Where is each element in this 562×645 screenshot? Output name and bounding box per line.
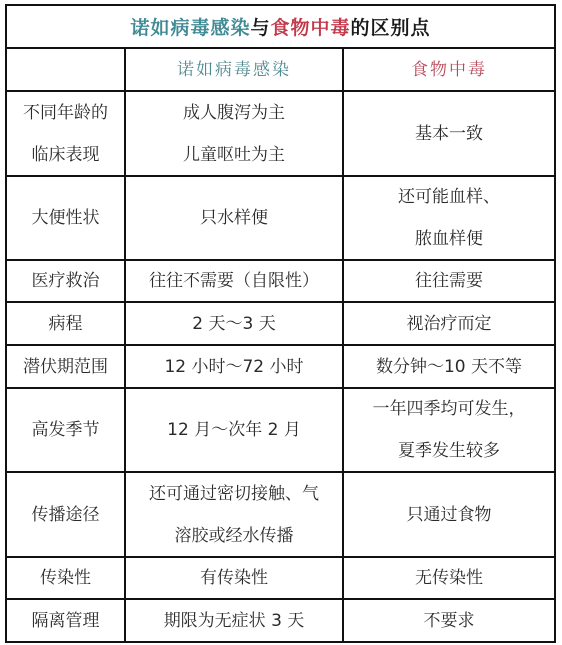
table-row: 医疗救治 往往不需要（自限性） 往往需要 — [7, 261, 554, 303]
row-label: 病程 — [7, 303, 126, 344]
row-label: 大便性状 — [7, 177, 126, 259]
virus-cell: 12 小时～72 小时 — [126, 346, 344, 387]
header-row: 诺如病毒感染 食物中毒 — [7, 49, 554, 92]
virus-cell: 成人腹泻为主 儿童呕吐为主 — [126, 92, 344, 175]
table-row: 潜伏期范围 12 小时～72 小时 数分钟～10 天不等 — [7, 346, 554, 389]
table-row: 不同年龄的 临床表现 成人腹泻为主 儿童呕吐为主 基本一致 — [7, 92, 554, 177]
row-label: 高发季节 — [7, 389, 126, 471]
row-label: 潜伏期范围 — [7, 346, 126, 387]
row-label: 传染性 — [7, 558, 126, 598]
title-food: 食物中毒 — [271, 13, 351, 40]
title-rest: 的区别点 — [351, 13, 431, 40]
virus-cell: 12 月～次年 2 月 — [126, 389, 344, 471]
row-label: 医疗救治 — [7, 261, 126, 301]
virus-cell: 期限为无症状 3 天 — [126, 600, 344, 641]
virus-cell: 只水样便 — [126, 177, 344, 259]
food-cell: 一年四季均可发生， 夏季发生较多 — [344, 389, 554, 471]
food-cell: 数分钟～10 天不等 — [344, 346, 554, 387]
food-cell: 只通过食物 — [344, 473, 554, 556]
table-row: 病程 2 天～3 天 视治疗而定 — [7, 303, 554, 346]
table-row: 传播途径 还可通过密切接触、气 溶胶或经水传播 只通过食物 — [7, 473, 554, 558]
header-virus: 诺如病毒感染 — [126, 49, 344, 90]
table-row: 隔离管理 期限为无症状 3 天 不要求 — [7, 600, 554, 641]
food-cell: 不要求 — [344, 600, 554, 641]
food-cell: 基本一致 — [344, 92, 554, 175]
table-row: 高发季节 12 月～次年 2 月 一年四季均可发生， 夏季发生较多 — [7, 389, 554, 473]
food-cell: 还可能血样、 脓血样便 — [344, 177, 554, 259]
food-cell: 无传染性 — [344, 558, 554, 598]
header-empty-cell — [7, 49, 126, 90]
row-label: 隔离管理 — [7, 600, 126, 641]
food-cell: 往往需要 — [344, 261, 554, 301]
row-label: 传播途径 — [7, 473, 126, 556]
virus-cell: 往往不需要（自限性） — [126, 261, 344, 301]
title-virus: 诺如病毒感染 — [130, 13, 250, 40]
food-cell: 视治疗而定 — [344, 303, 554, 344]
row-label: 不同年龄的 临床表现 — [7, 92, 126, 175]
comparison-table: 诺如病毒感染与食物中毒的区别点 诺如病毒感染 食物中毒 不同年龄的 临床表现 成… — [5, 4, 556, 643]
title-and: 与 — [250, 13, 270, 40]
table-row: 大便性状 只水样便 还可能血样、 脓血样便 — [7, 177, 554, 261]
table-row: 传染性 有传染性 无传染性 — [7, 558, 554, 600]
virus-cell: 2 天～3 天 — [126, 303, 344, 344]
table-title: 诺如病毒感染与食物中毒的区别点 — [7, 6, 554, 49]
header-food: 食物中毒 — [344, 49, 554, 90]
virus-cell: 有传染性 — [126, 558, 344, 598]
virus-cell: 还可通过密切接触、气 溶胶或经水传播 — [126, 473, 344, 556]
